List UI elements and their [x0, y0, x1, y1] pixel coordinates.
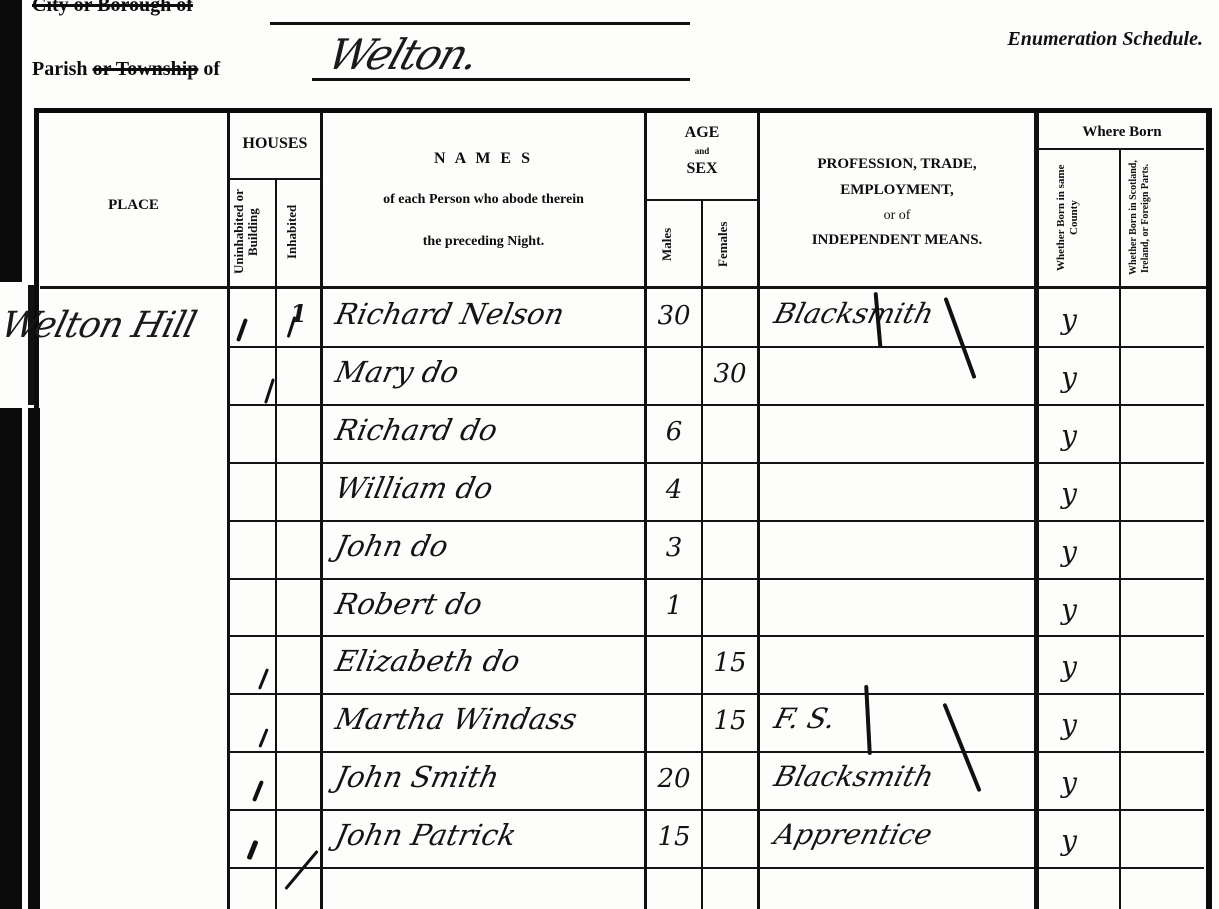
- males-cell: 20: [647, 764, 701, 794]
- col-rule-place: [227, 112, 230, 909]
- row-rule: [277, 867, 320, 869]
- column-profession-2: EMPLOYMENT,: [760, 182, 1034, 199]
- row-rule: [760, 520, 1034, 522]
- born-same-county-cell: y: [1039, 708, 1099, 741]
- row-rule: [277, 462, 320, 464]
- name-cell: William do: [332, 471, 639, 505]
- row-rule: [760, 809, 1034, 811]
- row-rule: [703, 404, 757, 406]
- row-rule: [647, 578, 701, 580]
- column-females: Females: [716, 206, 746, 282]
- schedule-title: Enumeration Schedule.: [1007, 28, 1203, 51]
- row-rule: [703, 693, 757, 695]
- born-same-county-cell: y: [1039, 824, 1099, 857]
- profession-cell: Blacksmith: [771, 760, 1034, 793]
- males-cell: 15: [647, 822, 701, 852]
- row-rule: [1039, 693, 1119, 695]
- row-rule: [1121, 809, 1204, 811]
- row-rule: [323, 520, 644, 522]
- column-age-title: AGE: [646, 124, 758, 142]
- row-rule: [277, 520, 320, 522]
- row-rule: [760, 462, 1034, 464]
- profession-cell: Blacksmith: [771, 297, 1034, 330]
- born-same-county-cell: y: [1039, 593, 1099, 626]
- name-cell: Robert do: [332, 587, 639, 621]
- column-names-sub2: the preceding Night.: [323, 234, 644, 250]
- row-rule: [760, 693, 1034, 695]
- census-page: City or Borough of Parish or Township of…: [0, 0, 1219, 909]
- name-cell: Richard do: [332, 413, 639, 447]
- column-uninhabited: Uninhabited or Building: [232, 184, 272, 280]
- born-sub-rule: [1038, 148, 1204, 150]
- row-rule: [277, 578, 320, 580]
- column-foreign-parts: Whether Born in Scotland, Ireland, or Fo…: [1128, 154, 1194, 282]
- row-rule: [229, 693, 275, 695]
- row-rule: [760, 578, 1034, 580]
- row-rule: [647, 867, 701, 869]
- row-rule: [323, 462, 644, 464]
- row-rule: [760, 867, 1034, 869]
- row-rule: [703, 578, 757, 580]
- column-males: Males: [660, 206, 690, 282]
- males-cell: 1: [647, 591, 701, 621]
- header-bottom-rule: [40, 286, 1206, 289]
- binding-edge-bottom: [0, 408, 22, 909]
- row-rule: [229, 520, 275, 522]
- name-cell: Elizabeth do: [332, 644, 639, 678]
- row-rule: [1121, 578, 1204, 580]
- column-profession-3: or of: [760, 208, 1034, 224]
- row-rule: [229, 751, 275, 753]
- row-rule: [323, 578, 644, 580]
- row-rule: [647, 404, 701, 406]
- row-rule: [277, 346, 320, 348]
- col-rule-age-mid: [701, 200, 703, 909]
- binding-edge-top: [0, 0, 22, 282]
- row-rule: [1039, 462, 1119, 464]
- name-cell: John do: [332, 529, 639, 563]
- row-rule: [277, 693, 320, 695]
- row-rule: [277, 809, 320, 811]
- row-rule: [277, 635, 320, 637]
- city-borough-rule: [270, 22, 690, 25]
- row-rule: [323, 809, 644, 811]
- row-rule: [703, 346, 757, 348]
- row-rule: [647, 635, 701, 637]
- row-rule: [229, 346, 275, 348]
- name-cell: Richard Nelson: [332, 297, 639, 331]
- row-rule: [647, 520, 701, 522]
- males-cell: 3: [647, 533, 701, 563]
- parish-label: Parish: [32, 58, 88, 80]
- row-rule: [1039, 404, 1119, 406]
- row-rule: [323, 404, 644, 406]
- born-same-county-cell: y: [1039, 650, 1099, 683]
- column-place: PLACE: [40, 197, 227, 214]
- row-rule: [1121, 346, 1204, 348]
- row-rule: [760, 404, 1034, 406]
- row-rule: [323, 635, 644, 637]
- name-cell: John Smith: [332, 760, 639, 794]
- females-cell: 30: [703, 359, 757, 389]
- males-cell: 4: [647, 475, 701, 505]
- place-value: Welton Hill: [0, 305, 200, 346]
- row-rule: [229, 867, 275, 869]
- males-cell: 30: [647, 301, 701, 331]
- row-rule: [760, 346, 1034, 348]
- females-cell: 15: [703, 706, 757, 736]
- column-houses: HOUSES: [229, 135, 321, 153]
- born-same-county-cell: y: [1039, 535, 1099, 568]
- males-cell: 6: [647, 417, 701, 447]
- column-where-born: Where Born: [1039, 124, 1205, 141]
- column-names-sub1: of each Person who abode therein: [323, 192, 644, 208]
- row-rule: [1039, 867, 1119, 869]
- row-rule: [760, 635, 1034, 637]
- row-rule: [277, 751, 320, 753]
- row-rule: [1121, 520, 1204, 522]
- col-rule-houses: [320, 112, 323, 909]
- row-rule: [1121, 404, 1204, 406]
- row-rule: [229, 809, 275, 811]
- column-profession-1: PROFESSION, TRADE,: [760, 156, 1034, 173]
- inhabited-cell: 1: [277, 299, 320, 328]
- row-rule: [1039, 346, 1119, 348]
- column-age-and: and: [646, 146, 758, 156]
- name-cell: Martha Windass: [332, 702, 639, 736]
- row-rule: [229, 578, 275, 580]
- name-cell: Mary do: [332, 355, 639, 389]
- row-rule: [703, 751, 757, 753]
- born-same-county-cell: y: [1039, 766, 1099, 799]
- row-rule: [323, 693, 644, 695]
- row-rule: [647, 751, 701, 753]
- city-borough-label: City or Borough of: [32, 0, 193, 17]
- row-rule: [1039, 751, 1119, 753]
- row-rule: [1121, 867, 1204, 869]
- row-rule: [1121, 462, 1204, 464]
- born-same-county-cell: y: [1039, 419, 1099, 452]
- row-rule: [647, 462, 701, 464]
- township-struck: or Township: [93, 58, 199, 80]
- row-rule: [323, 867, 644, 869]
- parish-label-row: Parish or Township of: [32, 58, 220, 81]
- females-cell: 15: [703, 648, 757, 678]
- col-rule-born-mid: [1119, 150, 1121, 909]
- row-rule: [1039, 520, 1119, 522]
- row-rule: [1121, 751, 1204, 753]
- column-profession-4: INDEPENDENT MEANS.: [760, 232, 1034, 249]
- profession-cell: Apprentice: [771, 818, 1034, 851]
- row-rule: [1039, 635, 1119, 637]
- born-same-county-cell: y: [1039, 477, 1099, 510]
- born-same-county-cell: y: [1039, 303, 1099, 336]
- row-rule: [703, 635, 757, 637]
- column-inhabited: Inhabited: [285, 184, 313, 280]
- column-names-title: N A M E S: [323, 150, 644, 168]
- houses-sub-rule: [229, 178, 321, 180]
- row-rule: [647, 809, 701, 811]
- row-rule: [1039, 578, 1119, 580]
- column-same-county: Whether Born in same County: [1055, 154, 1105, 282]
- row-rule: [703, 867, 757, 869]
- row-rule: [229, 462, 275, 464]
- profession-cell: F. S.: [771, 702, 1034, 735]
- row-rule: [647, 693, 701, 695]
- row-rule: [1039, 809, 1119, 811]
- row-rule: [229, 635, 275, 637]
- name-cell: John Patrick: [332, 818, 639, 852]
- born-same-county-cell: y: [1039, 361, 1099, 394]
- row-rule: [703, 809, 757, 811]
- row-rule: [1121, 635, 1204, 637]
- row-rule: [647, 346, 701, 348]
- parish-value: Welton.: [322, 30, 485, 79]
- row-rule: [1121, 693, 1204, 695]
- row-rule: [229, 404, 275, 406]
- row-rule: [323, 346, 644, 348]
- age-sub-rule: [646, 199, 758, 201]
- column-age-sex: SEX: [646, 160, 758, 178]
- row-rule: [703, 462, 757, 464]
- row-rule: [323, 751, 644, 753]
- parish-of: of: [203, 58, 220, 80]
- row-rule: [703, 520, 757, 522]
- row-rule: [277, 404, 320, 406]
- row-rule: [760, 751, 1034, 753]
